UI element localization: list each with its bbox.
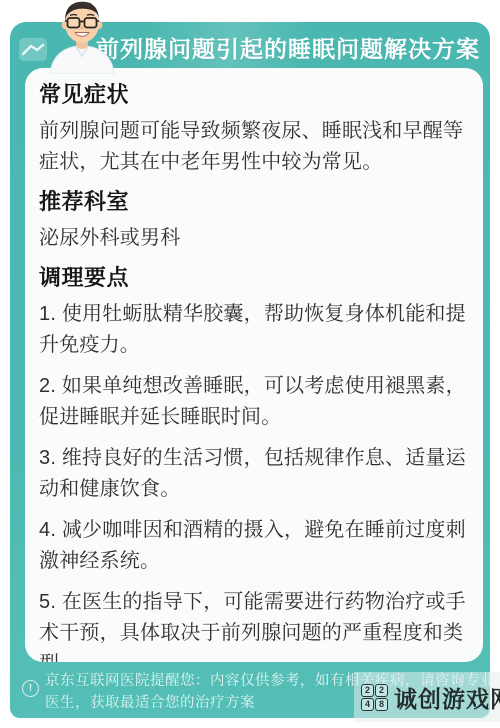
qr-digit: 2 xyxy=(375,684,388,697)
content-card: 常见症状 前列腺问题可能导致频繁夜尿、睡眠浅和早醒等症状，尤其在中老年男性中较为… xyxy=(25,68,483,662)
care-point-item-4: 4. 减少咖啡因和酒精的摄入，避免在睡前过度刺激神经系统。 xyxy=(39,515,469,577)
qr-digit: 2 xyxy=(361,684,374,697)
department-text: 泌尿外科或男科 xyxy=(39,223,469,254)
symptoms-heading: 常见症状 xyxy=(39,80,469,110)
care-point-item-5: 5. 在医生的指导下，可能需要进行药物治疗或手术干预，具体取决于前列腺问题的严重… xyxy=(39,587,469,662)
doctor-avatar xyxy=(40,0,124,74)
watermark-label: 诚创游戏网 xyxy=(394,681,500,714)
qr-grid-icon: 2 2 4 8 xyxy=(361,684,388,711)
qr-digit: 8 xyxy=(375,698,388,711)
glasses-icon xyxy=(68,18,80,28)
symptoms-text: 前列腺问题可能导致频繁夜尿、睡眠浅和早醒等症状，尤其在中老年男性中较为常见。 xyxy=(39,116,469,178)
poster-header: 前列腺问题引起的睡眠问题解决方案 xyxy=(10,22,490,68)
qr-digit: 4 xyxy=(361,698,374,711)
care-point-item-2: 2. 如果单纯想改善睡眠，可以考虑使用褪黑素，促进睡眠并延长睡眠时间。 xyxy=(39,371,469,433)
department-heading: 推荐科室 xyxy=(39,187,469,217)
watermark: 2 2 4 8 诚创游戏网 xyxy=(354,672,500,722)
care-point-item-1: 1. 使用牡蛎肽精华胶囊，帮助恢复身体机能和提升免疫力。 xyxy=(39,299,469,361)
info-icon: ! xyxy=(22,680,39,697)
care-heading: 调理要点 xyxy=(39,263,469,293)
care-point-item-3: 3. 维持良好的生活习惯，包括规律作息、适量运动和健康饮食。 xyxy=(39,443,469,505)
poster-title: 前列腺问题引起的睡眠问题解决方案 xyxy=(96,31,480,64)
health-poster: 前列腺问题引起的睡眠问题解决方案 常见症状 前列腺问题可能导致频繁夜尿、睡眠浅和… xyxy=(10,22,490,718)
